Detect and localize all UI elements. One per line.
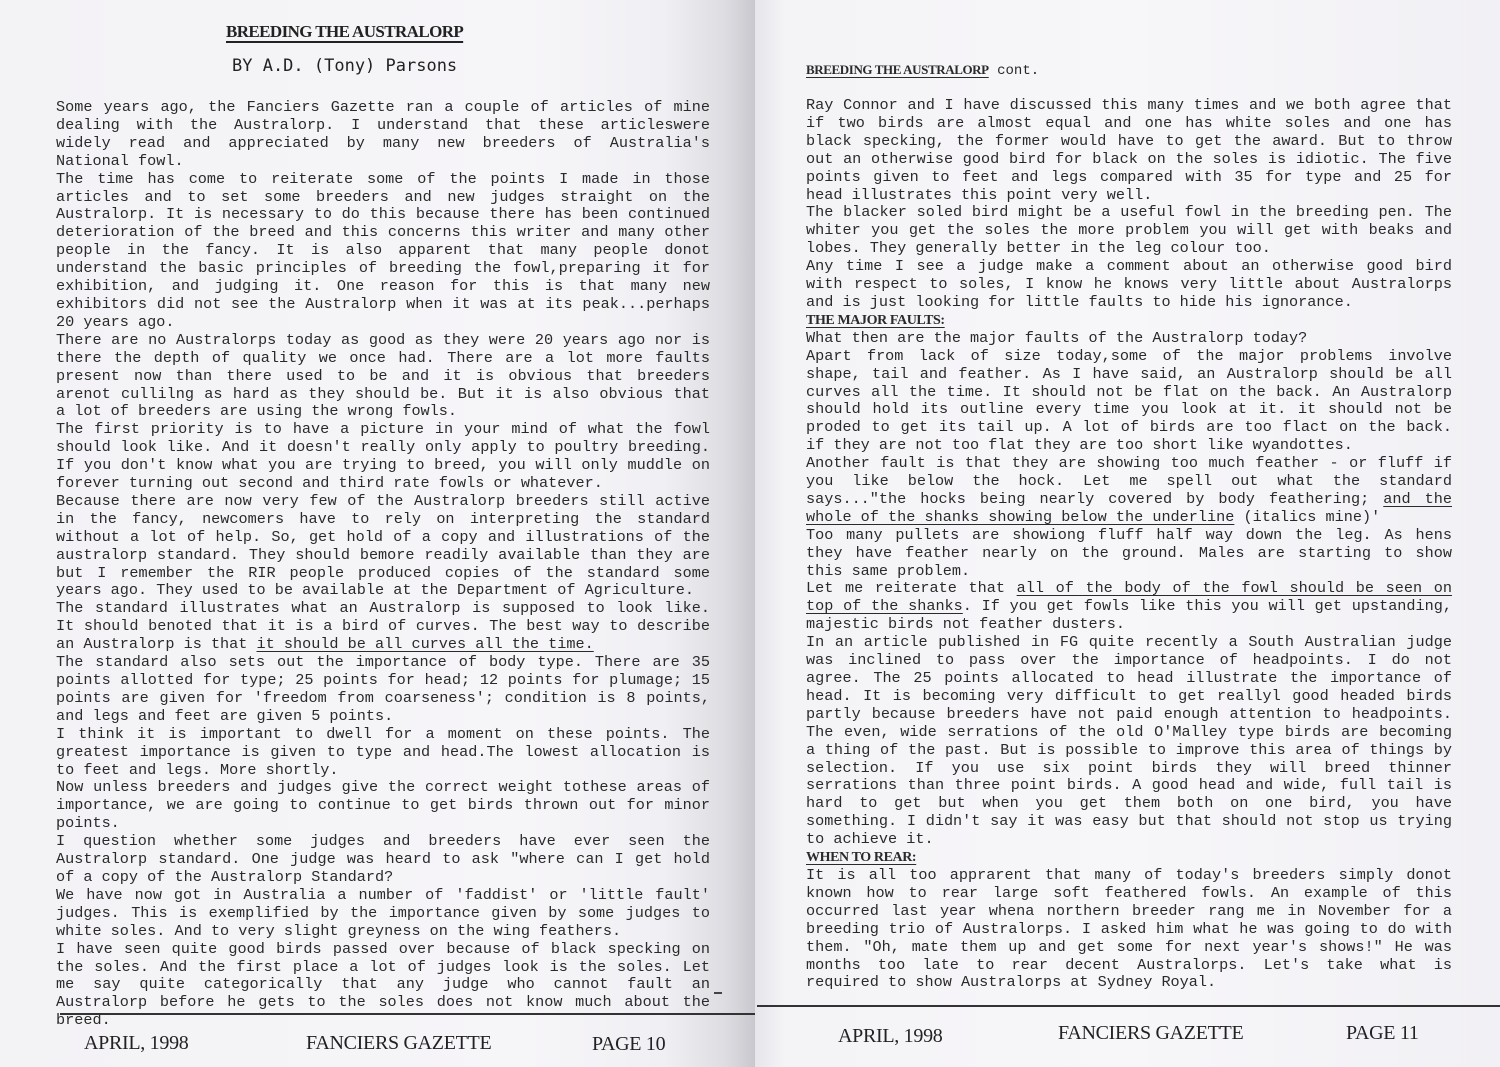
paragraph: We have now got in Australia a number of…: [56, 887, 710, 941]
footer-date: APRIL, 1998: [84, 1032, 188, 1055]
paragraph: Ray Connor and I have discussed this man…: [806, 97, 1452, 204]
footer-publication: FANCIERS GAZETTE: [306, 1032, 491, 1055]
footer-page-number: PAGE 11: [1346, 1022, 1419, 1045]
paragraph: Another fault is that they are showing t…: [806, 455, 1452, 527]
article-byline: BY A.D. (Tony) Parsons: [232, 56, 457, 76]
paragraph: Any time I see a judge make a comment ab…: [806, 258, 1452, 312]
footer-rule: [60, 1013, 755, 1015]
emphasis-underline: and the whole of the shanks showing belo…: [806, 490, 1452, 526]
right-page-body: Ray Connor and I have discussed this man…: [806, 97, 1452, 992]
emphasis-underline: all of the body of the fowl should be se…: [806, 579, 1452, 615]
continued-suffix: cont.: [989, 63, 1039, 79]
paragraph: The blacker soled bird might be a useful…: [806, 204, 1452, 258]
paragraph: Apart from lack of size today,some of th…: [806, 348, 1452, 455]
paragraph: I question whether some judges and breed…: [56, 833, 710, 887]
paragraph: Let me reiterate that all of the body of…: [806, 580, 1452, 634]
paragraph: Because there are now very few of the Au…: [56, 493, 710, 600]
section-heading: WHEN TO REAR:: [806, 849, 1452, 867]
paragraph: I think it is important to dwell for a m…: [56, 726, 710, 780]
paragraph: Some years ago, the Fanciers Gazette ran…: [56, 99, 710, 171]
footer-publication: FANCIERS GAZETTE: [1058, 1022, 1243, 1045]
page-turn-mark: [714, 992, 722, 994]
footer-page-number: PAGE 10: [592, 1033, 665, 1056]
footer-date: APRIL, 1998: [838, 1025, 942, 1048]
paragraph: Too many pullets are showiong fluff half…: [806, 527, 1452, 581]
paragraph: What then are the major faults of the Au…: [806, 330, 1452, 348]
paragraph: The first priority is to have a picture …: [56, 421, 710, 493]
footer-rule: [757, 1005, 1500, 1007]
paragraph: The time has come to reiterate some of t…: [56, 171, 710, 332]
paragraph: The standard illustrates what an Austral…: [56, 600, 710, 654]
emphasis-underline: it should be all curves all the time.: [257, 635, 594, 653]
paragraph: In an article published in FG quite rece…: [806, 634, 1452, 849]
left-page-body: Some years ago, the Fanciers Gazette ran…: [56, 99, 710, 1030]
continued-title: BREEDING THE AUSTRALORP: [806, 62, 989, 77]
paragraph: It is all too apprarent that many of tod…: [806, 867, 1452, 992]
article-title: BREEDING THE AUSTRALORP: [226, 22, 463, 42]
continued-heading: BREEDING THE AUSTRALORP cont.: [806, 62, 1039, 79]
paragraph: Now unless breeders and judges give the …: [56, 779, 710, 833]
section-heading: THE MAJOR FAULTS:: [806, 312, 1452, 330]
left-page: BREEDING THE AUSTRALORP BY A.D. (Tony) P…: [0, 0, 755, 1067]
paragraph: The standard also sets out the importanc…: [56, 654, 710, 726]
paragraph: I have seen quite good birds passed over…: [56, 941, 710, 1031]
paragraph: There are no Australorps today as good a…: [56, 332, 710, 422]
